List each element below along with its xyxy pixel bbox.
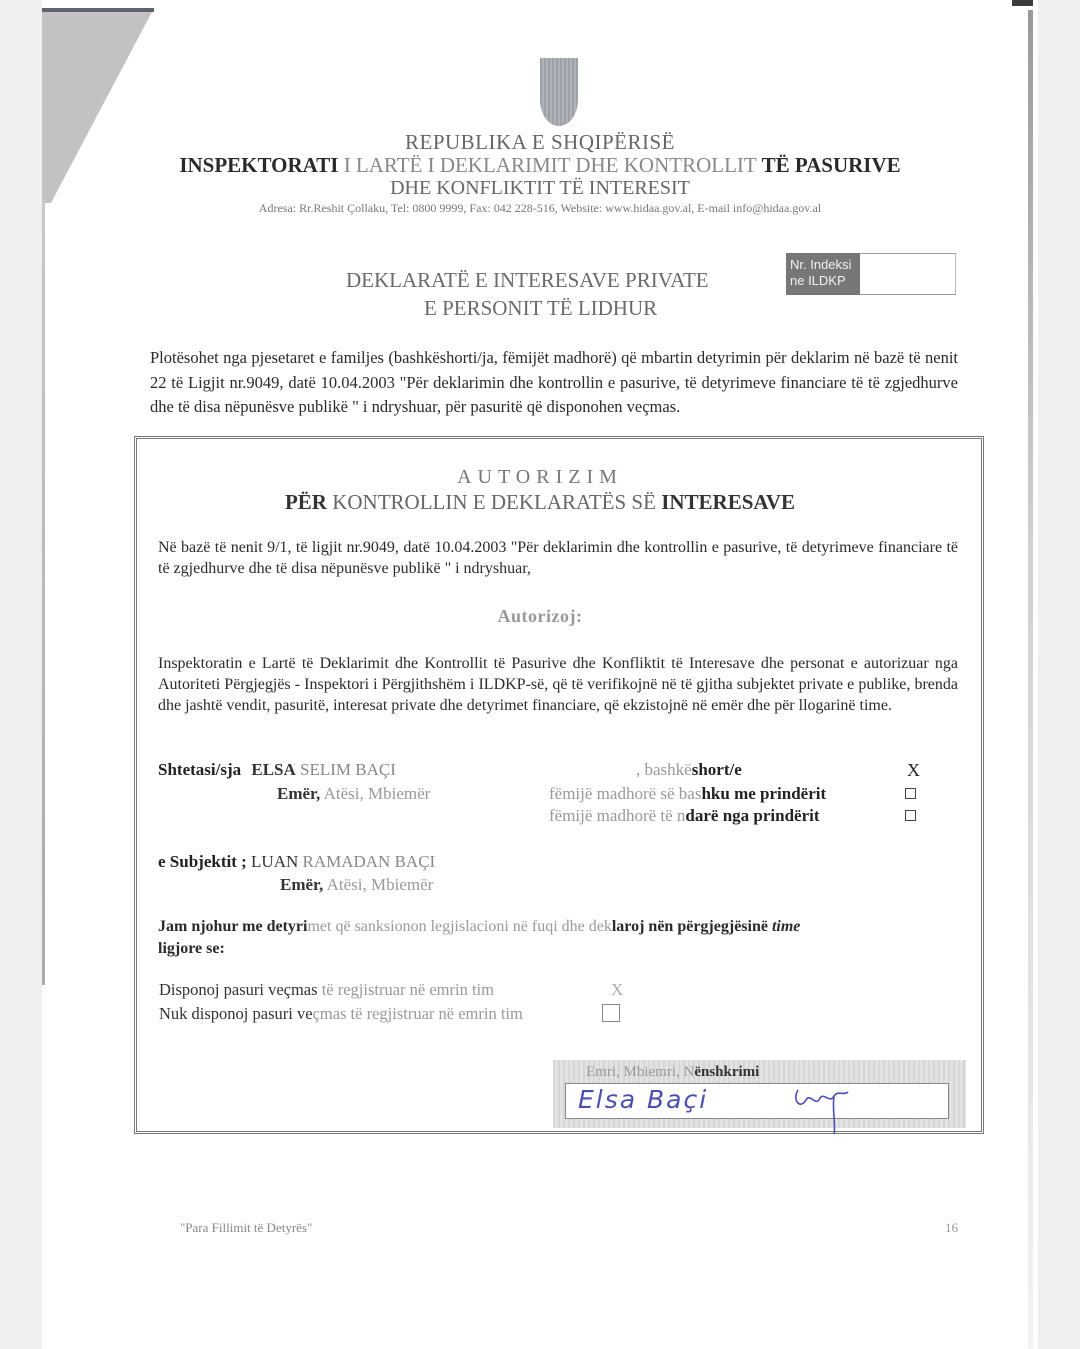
footer-title: "Para Fillimit të Detyrës"	[180, 1220, 312, 1236]
page-number: 16	[945, 1220, 958, 1236]
choice-has-property-start: Disponoj pasuri veçmas	[159, 980, 318, 999]
choice-has-property-checkmark[interactable]: X	[611, 980, 623, 1000]
relation-child-separated-start: fëmijë madhorë të n	[549, 806, 685, 825]
folded-corner-edge	[42, 8, 154, 12]
page-left-edge	[42, 200, 45, 985]
declaration-italic: time	[772, 918, 800, 935]
subject-first-name: LUAN	[247, 852, 298, 871]
choice-no-property-end: çmas të regjistruar në emrin tim	[313, 1004, 523, 1023]
signature-label: Emri, Mbiemri, Nënshkrimi	[586, 1064, 759, 1081]
choice-has-property-end: të regjistruar në emrin tim	[318, 980, 494, 999]
declaration-end: laroj nën përgjegjësinë	[612, 918, 772, 935]
relation-child-with-parents-start: fëmijë madhorë së bas	[549, 784, 701, 803]
intro-paragraph: Plotësohet nga pjesetaret e familjes (ba…	[150, 346, 958, 420]
country-heading: REPUBLIKA E SHQIPËRISË	[0, 130, 1080, 155]
name-format-start: Emër,	[277, 784, 320, 803]
legal-basis-paragraph: Në bazë të nenit 9/1, të ligjit nr.9049,…	[158, 537, 958, 579]
page-corner-shadow	[1012, 0, 1033, 6]
declaration-middle: met që sanksionon legjislacioni në fuqi …	[307, 918, 611, 935]
index-number-field[interactable]	[860, 253, 956, 295]
handwritten-signature-name: Elsa Baçi	[578, 1085, 708, 1114]
signature-label-start: Emri, Mbiemri, N	[586, 1064, 694, 1080]
authorization-subtitle-middle: KONTROLLIN E DEKLARATËS SË	[327, 490, 661, 514]
authorization-title: AUTORIZIM	[0, 466, 1080, 489]
declaration-start: Jam njohur me detyri	[158, 918, 307, 935]
declaration-line2: ligjore se:	[158, 940, 225, 957]
relation-child-separated: fëmijë madhorë të ndarë nga prindërit	[549, 806, 820, 826]
relation-spouse-text-start: , bashkë	[636, 760, 692, 779]
index-number-box: Nr. Indeksi ne ILDKP	[786, 253, 956, 295]
index-number-label: Nr. Indeksi ne ILDKP	[786, 253, 860, 295]
institution-heading-end: TË PASURIVE	[762, 153, 901, 177]
authorization-subtitle-end: INTERESAVE	[661, 490, 795, 514]
subject-row: e Subjektit ; LUAN RAMADAN BAÇI	[158, 852, 435, 872]
choice-has-property: Disponoj pasuri veçmas të regjistruar në…	[159, 980, 494, 1000]
relation-child-separated-end: darë nga prindërit	[685, 806, 819, 825]
relation-spouse-checkmark[interactable]: X	[907, 760, 920, 781]
subject-name: LUAN RAMADAN BAÇI	[247, 852, 435, 871]
institution-heading: INSPEKTORATI I LARTË I DEKLARIMIT DHE KO…	[0, 153, 1080, 178]
institution-heading-middle: I LARTË I DEKLARIMIT DHE KONTROLLIT	[338, 153, 761, 177]
choice-no-property-checkbox[interactable]	[602, 1004, 620, 1022]
relation-spouse-text-end: short/e	[692, 760, 742, 779]
citizen-name-format: Emër, Atësi, Mbiemër	[277, 784, 430, 804]
authorization-subtitle-start: PËR	[285, 490, 327, 514]
document-title: DEKLARATË E INTERESAVE PRIVATE	[346, 268, 709, 293]
subject-name-format: Emër, Atësi, Mbiemër	[280, 875, 433, 895]
authorization-subtitle: PËR KONTROLLIN E DEKLARATËS SË INTERESAV…	[0, 490, 1080, 515]
subject-label: e Subjektit ;	[158, 852, 247, 871]
subject-format-start: Emër,	[280, 875, 323, 894]
document-subtitle: E PERSONIT TË LIDHUR	[424, 296, 657, 321]
relation-child-with-parents-end: hku me prindërit	[701, 784, 826, 803]
citizen-father-surname: SELIM BAÇI	[296, 760, 396, 779]
citizen-label: Shtetasi/sja	[158, 760, 241, 779]
institution-heading-start: INSPEKTORATI	[179, 153, 338, 177]
institution-address: Adresa: Rr.Reshit Çollaku, Tel: 0800 999…	[0, 201, 1080, 216]
authorize-heading: Autorizoj:	[0, 606, 1080, 627]
declaration-paragraph: Jam njohur me detyrimet që sanksionon le…	[158, 916, 958, 960]
choice-no-property: Nuk disponoj pasuri veçmas të regjistrua…	[159, 1004, 523, 1024]
citizen-name: ELSA SELIM BAÇI	[251, 760, 396, 779]
relation-child-with-parents: fëmijë madhorë së bashku me prindërit	[549, 784, 826, 804]
institution-heading-line2: DHE KONFLIKTIT TË INTERESIT	[0, 177, 1080, 200]
citizen-row: Shtetasi/sja ELSA SELIM BAÇI	[158, 760, 396, 780]
name-format-rest: Atësi, Mbiemër	[320, 784, 430, 803]
subject-father-surname: RAMADAN BAÇI	[298, 852, 435, 871]
authorize-paragraph: Inspektoratin e Lartë të Deklarimit dhe …	[158, 653, 958, 716]
signature-label-end: ënshkrimi	[694, 1064, 759, 1080]
coat-of-arms-icon	[540, 58, 578, 126]
relation-child-with-parents-checkbox[interactable]	[905, 788, 916, 799]
choice-no-property-start: Nuk disponoj pasuri ve	[159, 1004, 313, 1023]
citizen-first-name: ELSA	[251, 760, 295, 779]
relation-spouse: , bashkëshort/e	[636, 760, 742, 780]
relation-child-separated-checkbox[interactable]	[905, 810, 916, 821]
signature-scribble-icon	[790, 1086, 860, 1136]
subject-format-rest: Atësi, Mbiemër	[323, 875, 433, 894]
